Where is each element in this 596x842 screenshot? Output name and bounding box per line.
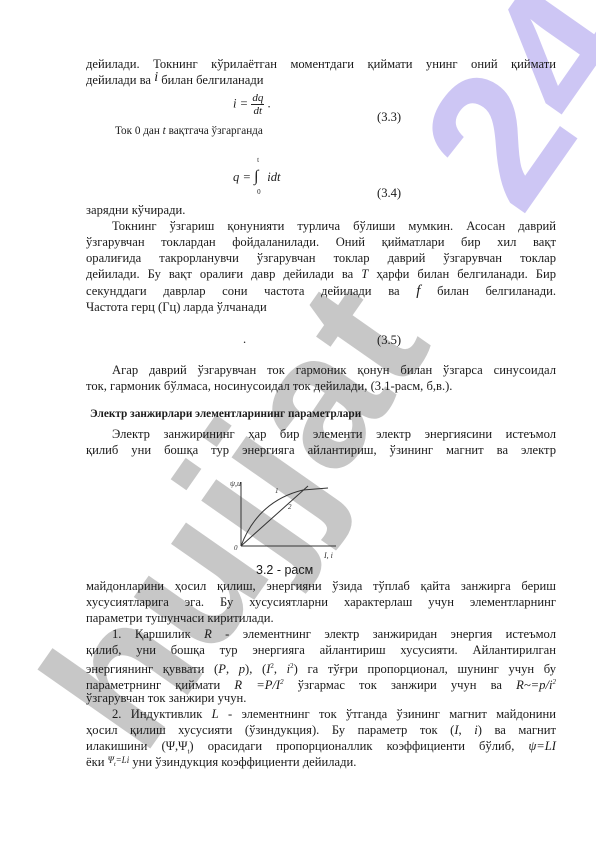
equation-number: (3.4) bbox=[377, 186, 401, 201]
text-span: 1. Қаршилик bbox=[112, 627, 191, 641]
text-span: дейилади ва bbox=[86, 73, 151, 87]
equation-3-4: q = ∫ t 0 idt bbox=[233, 168, 281, 186]
text-line: параметри тушунчаси киритилади. bbox=[86, 611, 556, 626]
symbol-t: t bbox=[163, 125, 166, 137]
text-span: илакишини (Ψ,Ψt) орасидаги пропорционалл… bbox=[86, 739, 514, 753]
text-span: Ток 0 дан bbox=[115, 125, 160, 137]
text-span: - элементнинг электр занжиридан энергия … bbox=[225, 627, 556, 641]
text-span: ҳарфи билан белгиланади. Бир bbox=[376, 267, 556, 281]
document-content: дейилади. Токнинг кўрилаётган моментдаги… bbox=[0, 0, 596, 842]
magnetization-curve-diagram: ψ,u 0 I, i 1 2 bbox=[228, 476, 348, 561]
text-span: билан белгиланади. bbox=[437, 284, 556, 298]
integral-lower-limit: 0 bbox=[257, 188, 261, 196]
text-line: ток, гармоник бўлмаса, носинусоидал ток … bbox=[86, 379, 556, 394]
eq-tail: . bbox=[267, 96, 270, 110]
curve-1-label: 1 bbox=[275, 487, 279, 495]
text-line: ёки Ψt=Li уни ўзиндукция коэффициенти де… bbox=[86, 755, 556, 776]
symbol-f: f bbox=[416, 283, 420, 299]
equation-number: (3.3) bbox=[377, 110, 401, 125]
text-span: вақтгача ўзгарганда bbox=[169, 125, 263, 137]
symbol-L: L bbox=[212, 707, 219, 721]
eq-lhs: q = bbox=[233, 170, 251, 184]
text-line: дейилади. Бу вақт оралиғи давр дейилади … bbox=[86, 267, 556, 282]
symbol-T: T bbox=[361, 267, 368, 281]
origin-label: 0 bbox=[234, 544, 238, 552]
equation-3-3: i = dq dt . bbox=[233, 92, 271, 117]
text-line: қилиб уни бошқа тур энергияга айлантириш… bbox=[86, 443, 556, 458]
document-page: hujjat 24 дейилади. Токнинг кўрилаётган … bbox=[0, 0, 596, 842]
symbol-R: R bbox=[204, 627, 212, 641]
fraction-numerator: dq bbox=[251, 92, 264, 105]
x-axis-label: I, i bbox=[323, 551, 333, 560]
formula-psi-t: Ψt=Li bbox=[108, 755, 130, 765]
fraction: dq dt bbox=[251, 92, 264, 117]
text-span: 2. Индуктивлик bbox=[112, 707, 202, 721]
text-line: ўзгарувчан токлардан фойдаланилади. Оний… bbox=[86, 235, 556, 250]
curve-2-label: 2 bbox=[288, 503, 292, 511]
text-line: Электр занжирининг ҳар бир элементи элек… bbox=[86, 427, 556, 442]
text-span: ҳосил қилиш хусусияти (ўзиндукция). Бу п… bbox=[86, 723, 556, 737]
text-line: Ток 0 дан t вақтгача ўзгарганда bbox=[115, 124, 585, 139]
text-line: 2. Индуктивлик L - элементнинг ток ўтган… bbox=[86, 707, 556, 722]
text-line: Частота герц (Гц) ларда ўлчанади bbox=[86, 300, 556, 315]
symbol-i: i bbox=[154, 70, 158, 85]
integral-sign: ∫ t 0 bbox=[254, 168, 264, 186]
text-line: оралиғида такрорланувчи ўзгарувчан токла… bbox=[86, 251, 556, 266]
y-axis-label: ψ,u bbox=[230, 479, 241, 488]
figure-caption: 3.2 - расм bbox=[256, 563, 313, 577]
formula-psi: ψ=LI bbox=[528, 739, 556, 753]
text-span: уни ўзиндукция коэффициенти дейилади. bbox=[132, 755, 356, 769]
text-line: зарядни кўчиради. bbox=[86, 203, 556, 218]
text-line: дейилади ва i билан белгиланади bbox=[86, 73, 556, 88]
text-line: Токнинг ўзгариш қонунияти турлича бўлиши… bbox=[86, 219, 556, 234]
equation-3-5: . bbox=[243, 332, 246, 347]
text-line: Агар даврий ўзгарувчан ток гармоник қону… bbox=[86, 363, 556, 378]
section-heading: Электр занжирлари элементларининг параме… bbox=[90, 408, 361, 420]
text-span: ёки bbox=[86, 755, 104, 769]
text-span: дейилади. Бу вақт оралиғи давр дейилади … bbox=[86, 267, 353, 281]
text-line: секунддаги даврлар сони частота дейилади… bbox=[86, 284, 556, 299]
equation-number: (3.5) bbox=[377, 333, 401, 348]
text-line: майдонларини ҳосил қилиш, энергияни ўзид… bbox=[86, 579, 556, 594]
text-line: 1. Қаршилик R - элементнинг электр занжи… bbox=[86, 627, 556, 642]
integral-upper-limit: t bbox=[257, 156, 259, 164]
fraction-denominator: dt bbox=[251, 105, 264, 117]
integrand: idt bbox=[267, 170, 280, 184]
text-line: ҳосил қилиш хусусияти (ўзиндукция). Бу п… bbox=[86, 723, 556, 738]
text-line: ўзгарувчан ток занжири учун. bbox=[86, 691, 556, 706]
text-span: - элементнинг ток ўтганда ўзининг магнит… bbox=[228, 707, 556, 721]
text-line: қилиб, уни бошқа тур энергияга айлантири… bbox=[86, 643, 556, 658]
text-span: секунддаги даврлар сони частота дейилади… bbox=[86, 284, 400, 298]
text-line: хусусиятларига эга. Бу хусусиятларни хар… bbox=[86, 595, 556, 610]
text-span: билан белгиланади bbox=[161, 73, 263, 87]
eq-lhs: i = bbox=[233, 96, 248, 110]
